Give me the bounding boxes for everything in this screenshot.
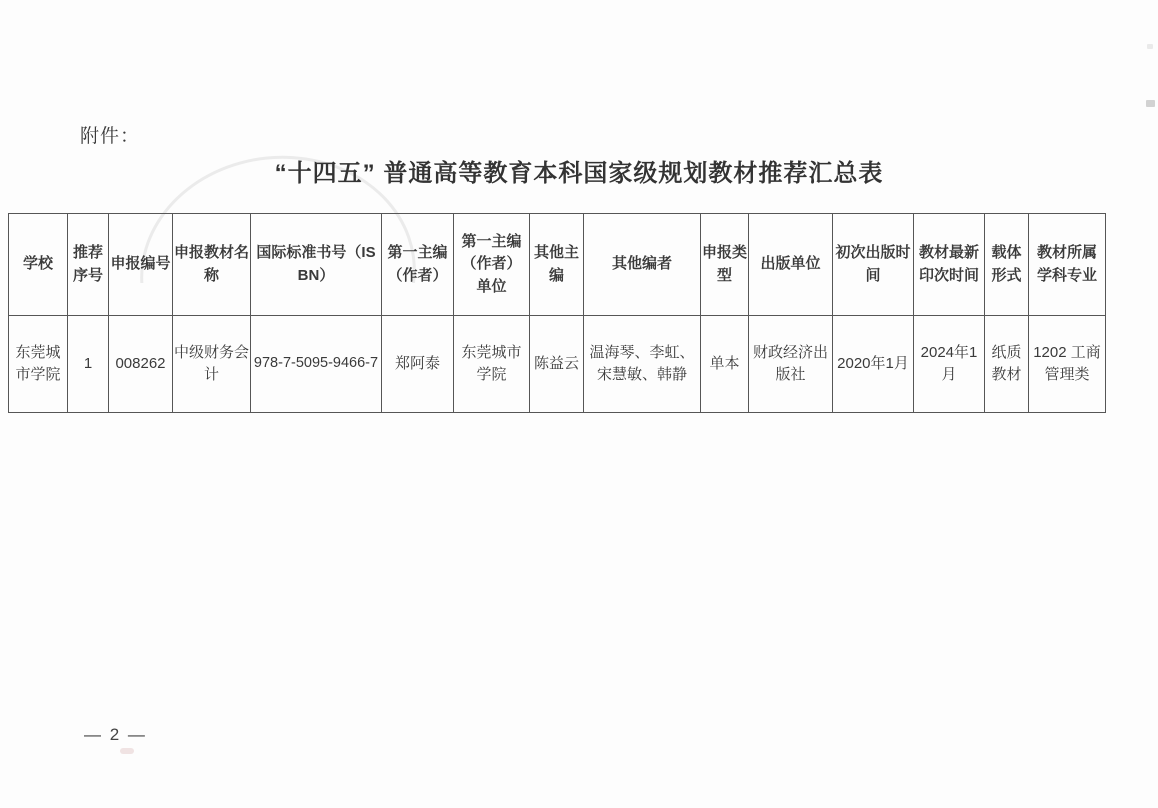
scan-edge-mark <box>1146 100 1155 107</box>
header-latest-print-date: 教材最新印次时间 <box>914 214 985 316</box>
header-school: 学校 <box>9 214 68 316</box>
header-application-no: 申报编号 <box>109 214 173 316</box>
scan-edge-mark-faint <box>1147 44 1153 49</box>
attachment-label: 附件： <box>80 121 140 148</box>
header-first-editor-unit: 第一主编（作者）单位 <box>454 214 530 316</box>
header-application-type: 申报类型 <box>701 214 749 316</box>
cell-application-no: 008262 <box>109 316 173 413</box>
table-row: 东莞城市学院 1 008262 中级财务会计 978-7-5095-9466-7… <box>9 316 1106 413</box>
cell-carrier-form: 纸质教材 <box>985 316 1029 413</box>
cell-other-chief-editors: 陈益云 <box>530 316 584 413</box>
scanned-document-page: 附件： “十四五” 普通高等教育本科国家级规划教材推荐汇总表 学校 推荐序号 申… <box>0 0 1158 808</box>
document-title: “十四五” 普通高等教育本科国家级规划教材推荐汇总表 <box>0 153 1158 188</box>
cell-latest-print-date: 2024年1月 <box>914 316 985 413</box>
header-publisher: 出版单位 <box>749 214 833 316</box>
cell-isbn: 978-7-5095-9466-7 <box>251 316 382 413</box>
cell-school: 东莞城市学院 <box>9 316 68 413</box>
cell-first-editor: 郑阿泰 <box>382 316 454 413</box>
header-first-publish-date: 初次出版时间 <box>833 214 914 316</box>
header-subject-category: 教材所属学科专业 <box>1029 214 1106 316</box>
header-textbook-name: 申报教材名称 <box>173 214 251 316</box>
header-recommend-no: 推荐序号 <box>68 214 109 316</box>
header-isbn: 国际标准书号（ISBN） <box>251 214 382 316</box>
cell-subject-category: 1202 工商管理类 <box>1029 316 1106 413</box>
header-other-chief-editors: 其他主编 <box>530 214 584 316</box>
cell-textbook-name: 中级财务会计 <box>173 316 251 413</box>
cell-application-type: 单本 <box>701 316 749 413</box>
header-other-editors: 其他编者 <box>584 214 701 316</box>
header-carrier-form: 载体形式 <box>985 214 1029 316</box>
header-first-editor: 第一主编（作者） <box>382 214 454 316</box>
cell-publisher: 财政经济出版社 <box>749 316 833 413</box>
page-number: — 2 — <box>84 725 147 745</box>
scan-smudge-artifact <box>120 748 134 754</box>
table-header-row: 学校 推荐序号 申报编号 申报教材名称 国际标准书号（ISBN） 第一主编（作者… <box>9 214 1106 316</box>
cell-first-publish-date: 2020年1月 <box>833 316 914 413</box>
textbook-recommendation-table: 学校 推荐序号 申报编号 申报教材名称 国际标准书号（ISBN） 第一主编（作者… <box>8 213 1106 413</box>
cell-other-editors: 温海琴、李虹、宋慧敏、韩静 <box>584 316 701 413</box>
cell-recommend-no: 1 <box>68 316 109 413</box>
cell-first-editor-unit: 东莞城市学院 <box>454 316 530 413</box>
